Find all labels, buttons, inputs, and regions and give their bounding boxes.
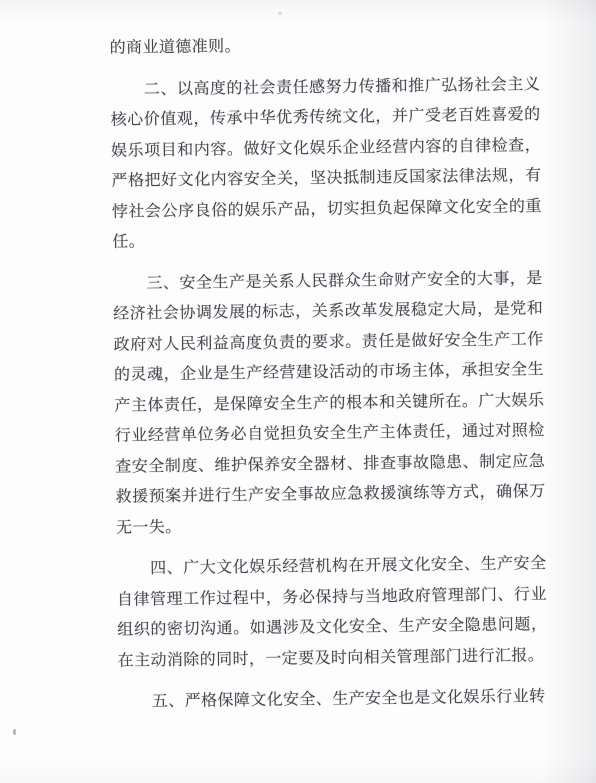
document-body: 的商业道德准则。 二、以高度的社会责任感努力传播和推广弘扬社会主义核心价值观，传… — [110, 28, 549, 718]
scan-artifact-speck-top — [278, 12, 282, 15]
scan-artifact-speck-bottom — [13, 729, 16, 735]
scanned-document-page: 的商业道德准则。 二、以高度的社会责任感努力传播和推广弘扬社会主义核心价值观，传… — [0, 0, 596, 783]
paragraph-item-four: 四、广大文化娱乐经营机构在开展文化安全、生产安全自律管理工作过程中，务必保持与当… — [116, 549, 548, 677]
paragraph-continuation: 的商业道德准则。 — [110, 28, 540, 64]
paragraph-item-two: 二、以高度的社会责任感努力传播和推广弘扬社会主义核心价值观，传承中华优秀传统文化… — [110, 70, 542, 259]
paragraph-item-five: 五、严格保障文化安全、生产安全也是文化娱乐行业转 — [118, 682, 548, 718]
paragraph-item-three: 三、安全生产是关系人民群众生命财产安全的大事，是经济社会协调发展的标志，关系改革… — [113, 264, 547, 544]
